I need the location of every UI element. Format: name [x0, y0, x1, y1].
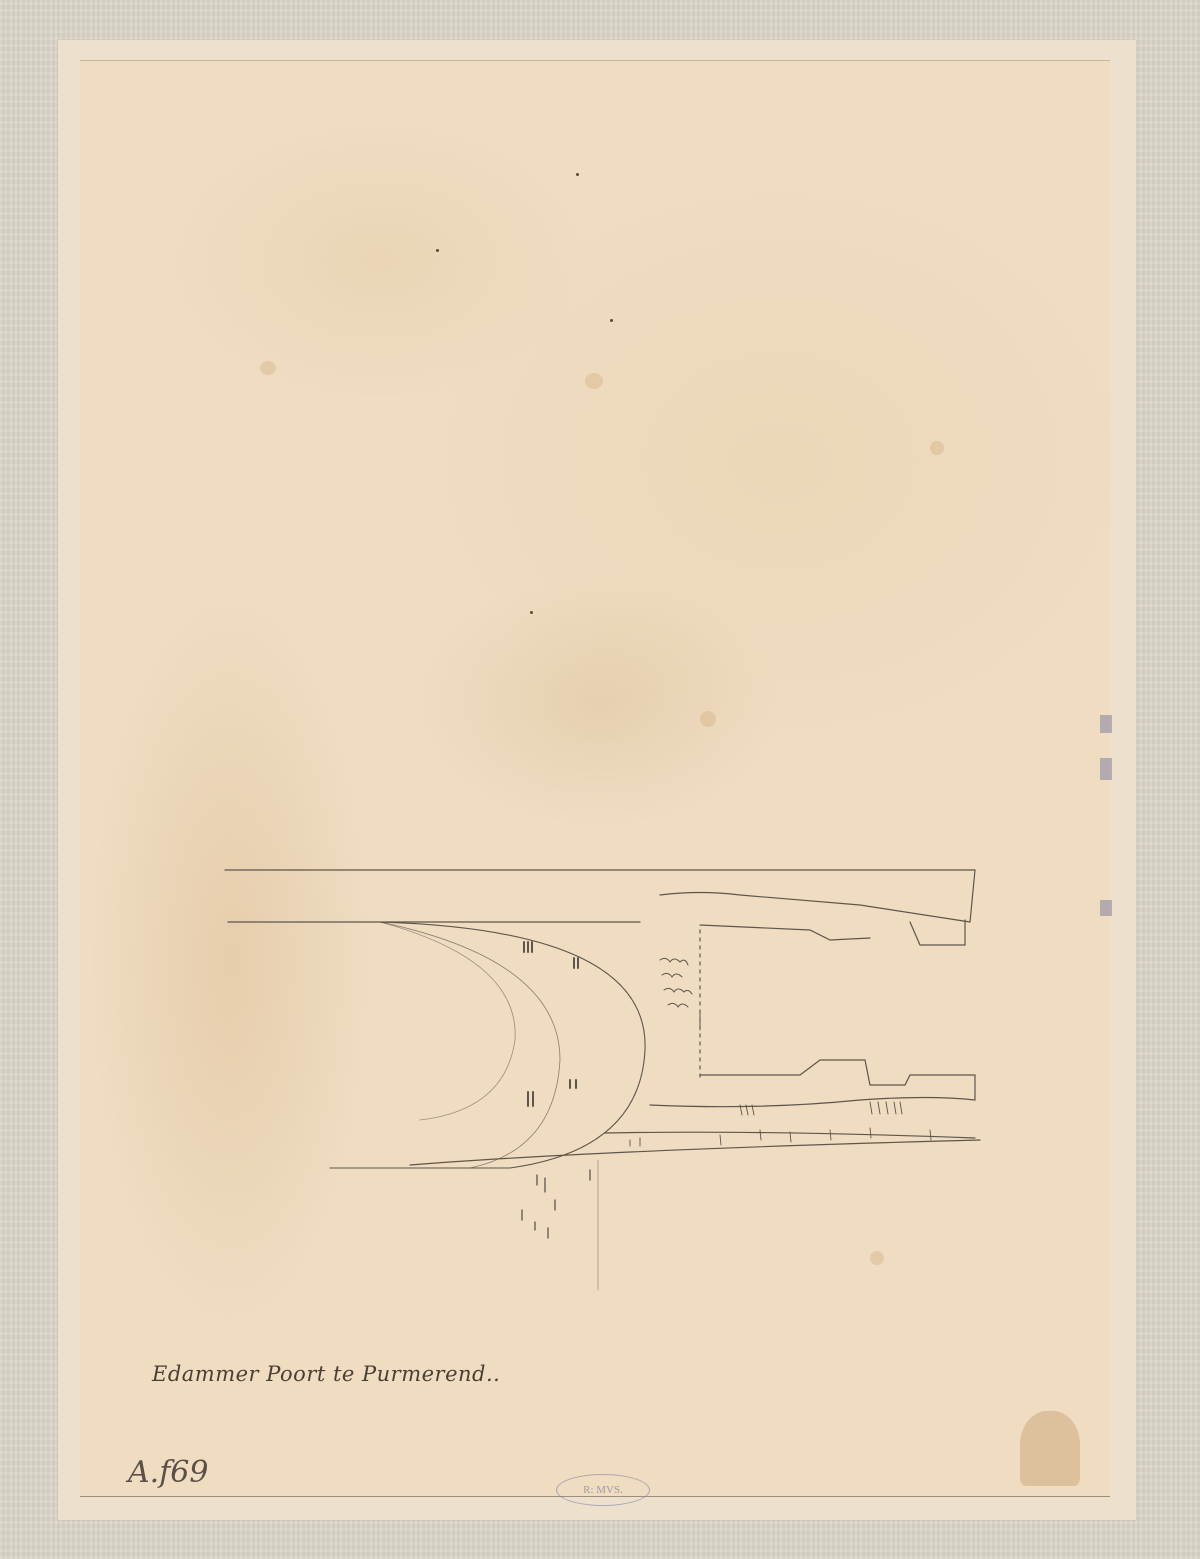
ink-mark-edge	[1100, 715, 1112, 733]
ink-mark-edge	[1100, 900, 1112, 916]
ink-mark-edge	[1100, 758, 1112, 780]
collection-stamp: R: MVS.	[556, 1474, 650, 1506]
pen-sketch-edam-gate	[0, 0, 1200, 1559]
inventory-number: A.f69	[128, 1455, 208, 1490]
handwritten-title-inscription: Edammer Poort te Purmerend..	[152, 1362, 500, 1386]
